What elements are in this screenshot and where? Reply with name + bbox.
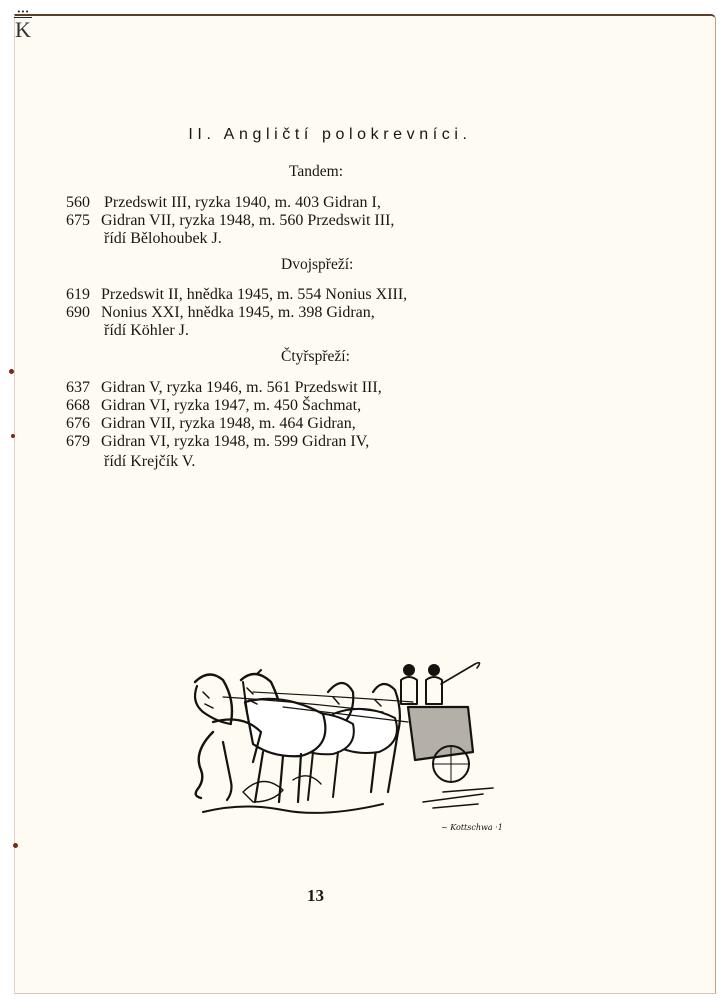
horse-carriage-drawing-icon: ~ Kottschwa ·1948: [183, 652, 503, 837]
entry-row: 675Gidran VII, ryzka 1948, m. 560 Przeds…: [66, 211, 394, 231]
entry-row: 690Nonius XXI, hnědka 1945, m. 398 Gidra…: [66, 303, 375, 323]
crown-dots-icon: •••: [12, 9, 34, 16]
entry-row: 676Gidran VII, ryzka 1948, m. 464 Gidran…: [66, 414, 356, 434]
page-number: 13: [307, 886, 324, 906]
entry-number: 668: [66, 396, 101, 416]
entry-row: 560Przedswit III, ryzka 1940, m. 403 Gid…: [66, 193, 381, 213]
group-heading-tandem: Tandem:: [289, 163, 343, 181]
entry-text: Gidran VII, ryzka 1948, m. 560 Przedswit…: [101, 212, 394, 229]
spine-stain: [11, 434, 15, 438]
driver-line: řídí Bělohoubek J.: [104, 229, 222, 249]
entry-number: 676: [66, 414, 101, 434]
artist-signature: ~ Kottschwa ·1948: [441, 823, 503, 832]
entry-row: 619Przedswit II, hnědka 1945, m. 554 Non…: [66, 285, 407, 305]
entry-row: 637Gidran V, ryzka 1946, m. 561 Przedswi…: [66, 378, 382, 398]
entry-text: Gidran VII, ryzka 1948, m. 464 Gidran,: [101, 415, 356, 432]
driver-line: řídí Krejčík V.: [104, 452, 195, 472]
entry-number: 637: [66, 378, 101, 398]
entry-text: Gidran VI, ryzka 1948, m. 599 Gidran IV,: [101, 433, 369, 450]
library-logo: ••• K: [12, 9, 34, 49]
section-title: II. Angličtí polokrevníci.: [160, 126, 500, 144]
entry-number: 675: [66, 211, 101, 231]
spine-stain: [13, 843, 18, 848]
entry-number: 619: [66, 285, 101, 305]
entry-text: Gidran V, ryzka 1946, m. 561 Przedswit I…: [101, 379, 382, 396]
entry-text: Nonius XXI, hnědka 1945, m. 398 Gidran,: [101, 304, 375, 321]
driver-line: řídí Köhler J.: [104, 321, 189, 341]
entry-number: 679: [66, 432, 101, 452]
entry-text: Przedswit II, hnědka 1945, m. 554 Nonius…: [101, 286, 407, 303]
entry-number: 690: [66, 303, 101, 323]
group-heading-four-in-hand: Čtyřspřeží:: [281, 348, 350, 366]
spine-stain: [9, 369, 14, 374]
entry-row: 679Gidran VI, ryzka 1948, m. 599 Gidran …: [66, 432, 369, 452]
entry-text: Przedswit III, ryzka 1940, m. 403 Gidran…: [104, 194, 381, 211]
group-heading-pair: Dvojspřeží:: [281, 256, 353, 274]
logo-letter: K: [12, 18, 34, 42]
entry-number: 560: [66, 193, 104, 213]
carriage-illustration: ~ Kottschwa ·1948: [183, 652, 503, 837]
entry-row: 668Gidran VI, ryzka 1947, m. 450 Šachmat…: [66, 396, 361, 416]
book-page: [14, 14, 716, 994]
entry-text: Gidran VI, ryzka 1947, m. 450 Šachmat,: [101, 397, 361, 414]
